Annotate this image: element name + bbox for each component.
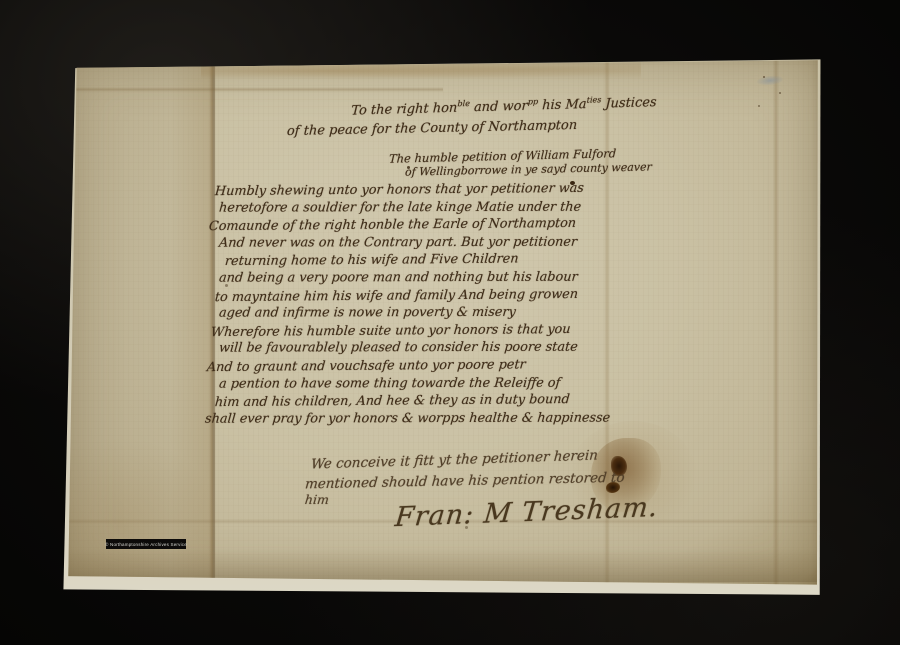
- manuscript-paper-sheet: To the right honble and worpp his Maties…: [63, 56, 820, 590]
- photo-background: To the right honble and worpp his Maties…: [0, 0, 900, 645]
- paper-vignette: [63, 56, 820, 590]
